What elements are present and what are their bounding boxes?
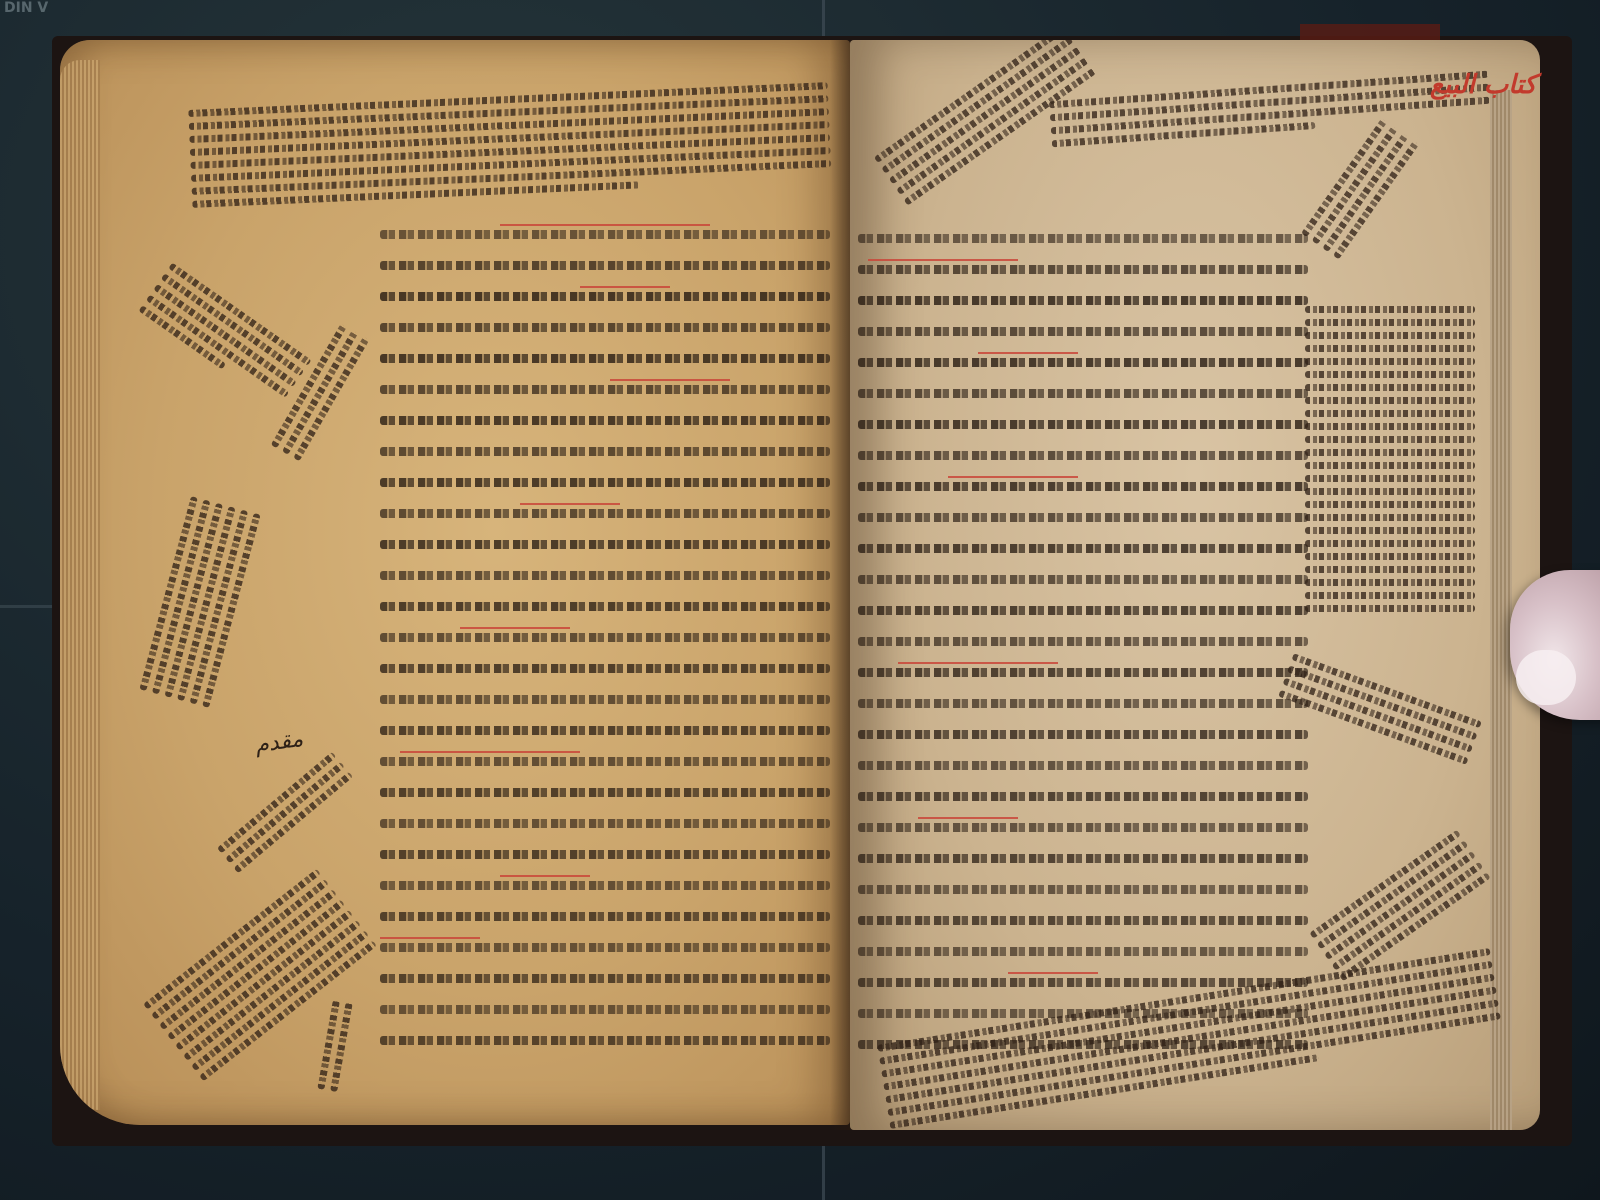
rubric-overline <box>400 751 580 753</box>
text-line <box>858 594 1308 625</box>
text-line <box>858 470 1308 501</box>
rubric-overline <box>610 379 730 381</box>
rubric-overline <box>918 817 1018 819</box>
text-line <box>858 904 1308 935</box>
rubric-overline <box>380 937 480 939</box>
text-line <box>858 935 1308 966</box>
rubric-overline <box>580 286 670 288</box>
text-line <box>858 501 1308 532</box>
background-grid-line <box>0 605 60 608</box>
text-line <box>380 342 830 373</box>
text-line <box>380 962 830 993</box>
text-line <box>380 404 830 435</box>
text-line <box>380 218 830 249</box>
text-line <box>380 249 830 280</box>
text-line <box>858 842 1308 873</box>
text-line <box>858 873 1308 904</box>
text-line <box>380 373 830 404</box>
left-page: مقدم <box>60 40 850 1125</box>
corner-label: DIN V <box>4 0 48 16</box>
text-line <box>858 780 1308 811</box>
text-line <box>380 559 830 590</box>
top-annotation-block <box>1049 65 1492 154</box>
rubric-overline <box>978 352 1078 354</box>
margin-annotation <box>135 258 315 414</box>
text-line <box>380 652 830 683</box>
rubric-overline <box>500 224 630 226</box>
text-line <box>380 838 830 869</box>
text-line <box>380 900 830 931</box>
thumbnail-nail <box>1516 650 1576 705</box>
text-line <box>858 284 1308 315</box>
margin-annotation <box>134 495 267 710</box>
margin-word-note: مقدم <box>253 727 304 758</box>
text-line <box>858 718 1308 749</box>
rubric-overline <box>868 259 1018 261</box>
rubric-overline <box>948 476 1078 478</box>
text-line <box>858 687 1308 718</box>
text-line <box>380 714 830 745</box>
rubric-overline <box>500 875 590 877</box>
text-line <box>380 807 830 838</box>
text-line <box>380 683 830 714</box>
text-line <box>380 931 830 962</box>
rubric-overline <box>520 503 620 505</box>
text-line <box>380 776 830 807</box>
margin-annotation <box>1296 115 1424 263</box>
top-annotation-block <box>188 76 832 214</box>
text-line <box>380 311 830 342</box>
chapter-heading-rubric: كتاب البيع <box>1430 70 1536 100</box>
text-line <box>380 1024 830 1055</box>
text-line <box>858 408 1308 439</box>
text-line <box>380 745 830 776</box>
text-line <box>858 222 1308 253</box>
text-line <box>380 869 830 900</box>
text-line <box>380 466 830 497</box>
text-line <box>858 811 1308 842</box>
margin-annotation <box>311 999 358 1093</box>
text-line <box>858 656 1308 687</box>
rubric-overline <box>460 627 570 629</box>
rubric-overline <box>898 662 1058 664</box>
rubric-overline <box>1008 972 1098 974</box>
text-line <box>858 439 1308 470</box>
text-line <box>380 621 830 652</box>
margin-annotation <box>213 747 357 878</box>
text-line <box>858 377 1308 408</box>
text-line <box>858 253 1308 284</box>
text-line <box>858 532 1308 563</box>
rubric-overline <box>630 224 710 226</box>
left-main-text <box>380 218 830 1055</box>
text-line <box>380 993 830 1024</box>
text-line <box>380 497 830 528</box>
text-line <box>858 563 1308 594</box>
text-line <box>858 346 1308 377</box>
text-line <box>380 280 830 311</box>
right-main-text <box>858 222 1308 1059</box>
text-line <box>380 528 830 559</box>
page-edges <box>60 60 100 1110</box>
text-line <box>858 625 1308 656</box>
text-line <box>380 435 830 466</box>
margin-annotation <box>1305 300 1475 618</box>
right-page <box>850 40 1540 1130</box>
text-line <box>858 315 1308 346</box>
text-line <box>858 749 1308 780</box>
text-line <box>380 590 830 621</box>
